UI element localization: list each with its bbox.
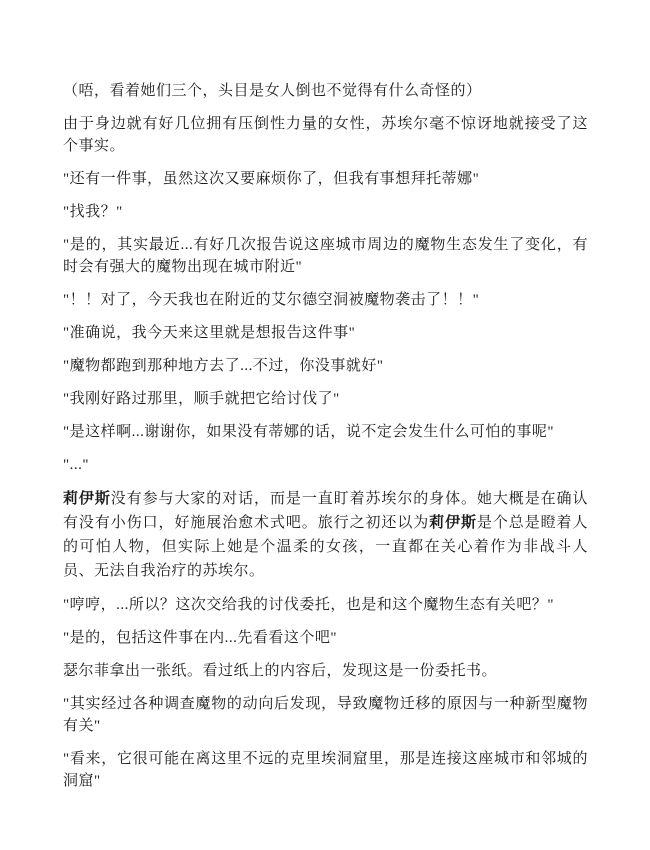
- paragraph: "准确说，我今天来这里就是想报告这件事": [63, 322, 588, 344]
- paragraph: "找我？": [63, 201, 588, 223]
- paragraph: "还有一件事，虽然这次又要麻烦你了，但我有事想拜托蒂娜": [63, 168, 588, 190]
- text-segment: 瑟尔菲拿出一张纸。看过纸上的内容后，发现这是一份委托书。: [63, 663, 497, 679]
- text-segment: "...": [63, 457, 89, 473]
- text-segment: "找我？": [63, 204, 123, 220]
- paragraph: 由于身边就有好几位拥有压倒性力量的女性，苏埃尔毫不惊讶地就接受了这个事实。: [63, 113, 588, 157]
- text-segment: "是的，包括这件事在内...先看看这个吧": [63, 630, 337, 646]
- article-body: （唔，看着她们三个，头目是女人倒也不觉得有什么奇怪的）由于身边就有好几位拥有压倒…: [0, 0, 650, 792]
- text-segment: "是这样啊...谢谢你，如果没有蒂娜的话，说不定会发生什么可怕的事呢": [63, 424, 554, 440]
- text-segment: "！！对了，今天我也在附近的艾尔德空洞被魔物袭击了！！": [63, 292, 479, 308]
- text-segment: "看来，它很可能在离这里不远的克里埃洞窟里，那是连接这座城市和邻城的洞窟": [63, 751, 588, 789]
- paragraph: "！！对了，今天我也在附近的艾尔德空洞被魔物袭击了！！": [63, 289, 588, 311]
- text-segment: （唔，看着她们三个，头目是女人倒也不觉得有什么奇怪的）: [63, 83, 482, 99]
- paragraph: "是的，其实最近...有好几次报告说这座城市周边的魔物生态发生了变化，有时会有强…: [63, 234, 588, 278]
- paragraph: "魔物都跑到那种地方去了...不过，你没事就好": [63, 355, 588, 377]
- paragraph: （唔，看着她们三个，头目是女人倒也不觉得有什么奇怪的）: [63, 80, 588, 102]
- text-segment: "其实经过各种调查魔物的动向后发现，导致魔物迁移的原因与一种新型魔物有关": [63, 696, 588, 734]
- text-segment: "我刚好路过那里，顺手就把它给讨伐了": [63, 391, 340, 407]
- paragraph: "我刚好路过那里，顺手就把它给讨伐了": [63, 388, 588, 410]
- text-segment: "魔物都跑到那种地方去了...不过，你没事就好": [63, 358, 384, 374]
- text-segment: "哼哼，...所以？这次交给我的讨伐委托，也是和这个魔物生态有关吧？": [63, 597, 554, 613]
- paragraph: 莉伊斯没有参与大家的对话，而是一直盯着苏埃尔的身体。她大概是在确认有没有小伤口，…: [63, 487, 588, 583]
- paragraph: "是的，包括这件事在内...先看看这个吧": [63, 627, 588, 649]
- paragraph: "其实经过各种调查魔物的动向后发现，导致魔物迁移的原因与一种新型魔物有关": [63, 693, 588, 737]
- text-segment: "准确说，我今天来这里就是想报告这件事": [63, 325, 355, 341]
- paragraph: "是这样啊...谢谢你，如果没有蒂娜的话，说不定会发生什么可怕的事呢": [63, 421, 588, 443]
- paragraph: "看来，它很可能在离这里不远的克里埃洞窟里，那是连接这座城市和邻城的洞窟": [63, 748, 588, 792]
- character-name-bold: 莉伊斯: [63, 491, 111, 507]
- paragraph: "哼哼，...所以？这次交给我的讨伐委托，也是和这个魔物生态有关吧？": [63, 594, 588, 616]
- text-segment: 由于身边就有好几位拥有压倒性力量的女性，苏埃尔毫不惊讶地就接受了这个事实。: [63, 116, 588, 154]
- text-segment: "是的，其实最近...有好几次报告说这座城市周边的魔物生态发生了变化，有时会有强…: [63, 237, 588, 275]
- character-name-bold: 莉伊斯: [429, 515, 477, 531]
- paragraph: "...": [63, 454, 588, 476]
- paragraph: 瑟尔菲拿出一张纸。看过纸上的内容后，发现这是一份委托书。: [63, 660, 588, 682]
- text-segment: "还有一件事，虽然这次又要麻烦你了，但我有事想拜托蒂娜": [63, 171, 479, 187]
